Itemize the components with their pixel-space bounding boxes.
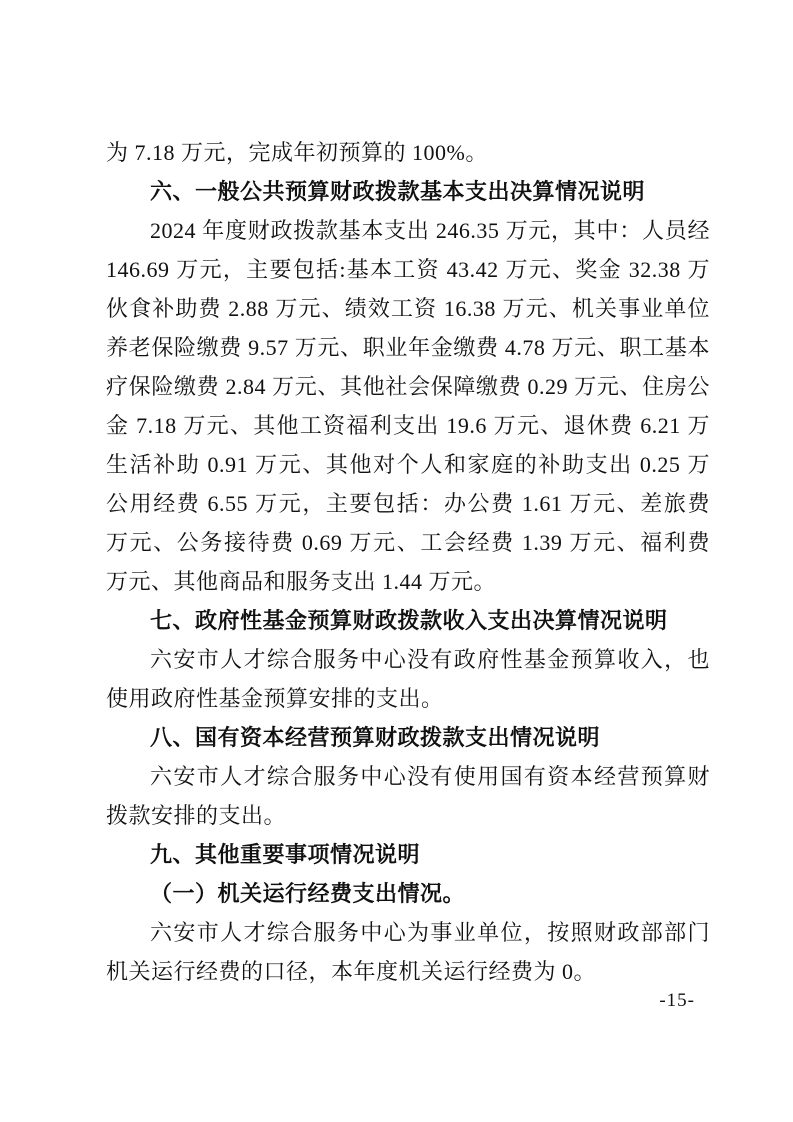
paragraph-line: 公用经费 6.55 万元，主要包括：办公费 1.61 万元、差旅费 1.4 xyxy=(106,484,710,523)
section-heading: 七、政府性基金预算财政拨款收入支出决算情况说明 xyxy=(106,601,710,640)
paragraph-line: 伙食补助费 2.88 万元、绩效工资 16.38 万元、机关事业单位基本 xyxy=(106,289,710,328)
paragraph-line: 养老保险缴费 9.57 万元、职业年金缴费 4.78 万元、职工基本医 xyxy=(106,328,710,367)
paragraph-line: 疗保险缴费 2.84 万元、其他社会保障缴费 0.29 万元、住房公积 xyxy=(106,367,710,406)
page-number: -15- xyxy=(659,990,695,1012)
paragraph-line: 六安市人才综合服务中心没有政府性基金预算收入，也没有 xyxy=(106,640,710,679)
paragraph-line: 金 7.18 万元、其他工资福利支出 19.6 万元、退休费 6.21 万元、 xyxy=(106,406,710,445)
paragraph-line: 万元、其他商品和服务支出 1.44 万元。 xyxy=(106,562,710,601)
document-page: 为 7.18 万元，完成年初预算的 100%。六、一般公共预算财政拨款基本支出决… xyxy=(0,0,793,1122)
paragraph-line: 六安市人才综合服务中心没有使用国有资本经营预算财政 xyxy=(106,757,710,796)
paragraph-line: 146.69 万元，主要包括:基本工资 43.42 万元、奖金 32.38 万元… xyxy=(106,250,710,289)
paragraph-line: 使用政府性基金预算安排的支出。 xyxy=(106,679,710,718)
paragraph-line: 拨款安排的支出。 xyxy=(106,796,710,835)
paragraph-line: 六安市人才综合服务中心为事业单位，按照财政部部门决算 xyxy=(106,913,710,952)
paragraph-line: 万元、公务接待费 0.69 万元、工会经费 1.39 万元、福利费 0.02 xyxy=(106,523,710,562)
section-heading: 九、其他重要事项情况说明 xyxy=(106,835,710,874)
paragraph-line: 为 7.18 万元，完成年初预算的 100%。 xyxy=(106,133,710,172)
paragraph-line: 2024 年度财政拨款基本支出 246.35 万元，其中：人员经费 xyxy=(106,211,710,250)
subsection-heading: （一）机关运行经费支出情况。 xyxy=(106,874,710,913)
page-content: 为 7.18 万元，完成年初预算的 100%。六、一般公共预算财政拨款基本支出决… xyxy=(106,133,710,991)
section-heading: 六、一般公共预算财政拨款基本支出决算情况说明 xyxy=(106,172,710,211)
paragraph-line: 生活补助 0.91 万元、其他对个人和家庭的补助支出 0.25 万元; xyxy=(106,445,710,484)
section-heading: 八、国有资本经营预算财政拨款支出情况说明 xyxy=(106,718,710,757)
paragraph-line: 机关运行经费的口径，本年度机关运行经费为 0。 xyxy=(106,952,710,991)
